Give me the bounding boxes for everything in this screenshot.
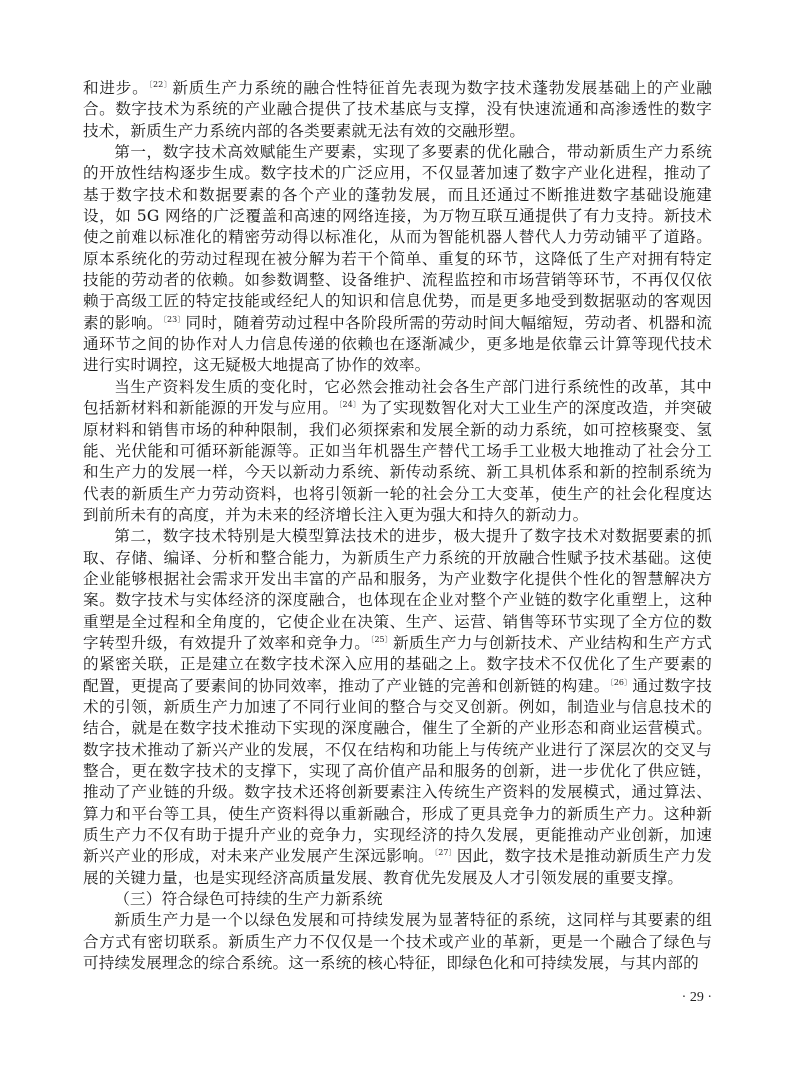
citation-ref: 〔22〕 [148,80,172,89]
paragraph: 第二，数字技术特别是大模型算法技术的进步，极大提升了数字技术对数据要素的抓取、存… [83,526,712,889]
citation-ref: 〔23〕 [163,315,186,324]
text-run: 为了实现数智化对大工业生产的深度改造，并突破原材料和销售市场的种种限制，我们必须… [83,399,712,524]
page-body: 和进步。〔22〕新质生产力系统的融合性特征首先表现为数字技术蓬勃发展基础上的产业… [83,78,712,974]
text-run: 通过数字技术的引领，新质生产力加速了不同行业间的整合与交叉创新。例如，制造业与信… [83,677,712,866]
section-heading: （三）符合绿色可持续的生产力新系统 [83,889,712,910]
citation-ref: 〔25〕 [370,635,393,644]
paragraph: 新质生产力是一个以绿色发展和可持续发展为显著特征的系统，这同样与其要素的组合方式… [83,910,712,974]
text-run: 第一，数字技术高效赋能生产要素，实现了多要素的优化融合，带动新质生产力系统的开放… [83,143,712,332]
paragraph: 第一，数字技术高效赋能生产要素，实现了多要素的优化融合，带动新质生产力系统的开放… [83,142,712,377]
page-number: · 29 · [650,990,712,1006]
paragraph: 和进步。〔22〕新质生产力系统的融合性特征首先表现为数字技术蓬勃发展基础上的产业… [83,78,712,142]
text-run: 新质生产力系统的融合性特征首先表现为数字技术蓬勃发展基础上的产业融合。数字技术为… [83,79,712,140]
citation-ref: 〔24〕 [338,400,361,409]
text-run: 和进步。 [83,79,148,97]
citation-ref: 〔27〕 [434,848,457,857]
paragraph: 当生产资料发生质的变化时，它必然会推动社会各生产部门进行系统性的改革，其中包括新… [83,377,712,526]
citation-ref: 〔26〕 [610,678,633,687]
